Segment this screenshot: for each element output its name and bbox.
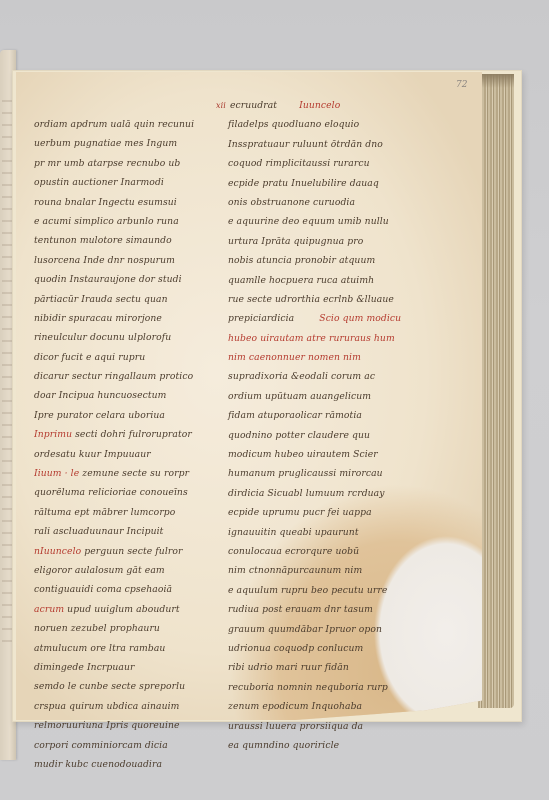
text-column-left: ordiam apdrum ualā quin recunuiuerbum pu… [34,115,214,774]
line-text: nim ctnonnāpurcaunum nim [228,565,362,576]
line-text: atmulucum ore ltra rambau [34,643,165,654]
line-text: rāltuma ept mābrer lumcorpo [34,507,175,518]
manuscript-line: lusorcena Inde dnr nospurum [34,251,214,270]
line-text: contiguauidi coma cpsehaoiā [34,584,172,595]
line-text: recuboria nomnin nequboria rurp [228,682,388,693]
manuscript-line: ecpide uprumu pucr fei uappa [216,503,456,522]
rubric-text: acrum [34,604,64,615]
manuscript-line: onis obstruanone curuodia [216,193,456,212]
manuscript-line: supradixoria &eodali corum ac [216,367,456,386]
manuscript-line: dimingede Incrpuaur [34,658,214,677]
rubric-text: Iuuncelo [299,100,340,111]
line-text: modicum hubeo uirautem Scier [228,449,378,460]
manuscript-line: e aquurine deo equum umib nullu [216,212,456,231]
manuscript-line: xiiecruudratIuuncelo [216,96,456,115]
rubric-text: hubeo uirautam atre rururaus hum [228,333,395,344]
line-text: crspua quirum ubdica ainauim [34,701,179,712]
manuscript-line: hubeo uirautam atre rururaus hum [216,329,456,348]
line-text: onis obstruanone curuodia [228,197,355,208]
manuscript-line: acrum upud uuiglum aboudurt [34,600,214,619]
line-text: Ipre purator celara uboriua [34,410,165,421]
line-text: uraussi luuera prorsiiqua da [228,721,363,732]
line-text: ecruudrat [230,100,277,111]
rubric-text: Scio qum modicu [319,313,401,324]
line-text: semdo le cunbe secte spreporlu [34,681,185,692]
manuscript-line: ecpide pratu Inuelubilire dauaq [216,174,456,193]
line-text: lusorcena Inde dnr nospurum [34,255,175,266]
manuscript-line: uraussi luuera prorsiiqua da [216,717,456,736]
manuscript-line: zenum epodicum Inquohaba [216,697,456,716]
line-text: dicor fucit e aqui rupru [34,352,145,363]
manuscript-line: e aquulum rupru beo pecutu urre [216,581,456,600]
page-fore-edge [478,74,514,708]
manuscript-line: modicum hubeo uirautem Scier [216,445,456,464]
line-text: tentunon mulotore simaundo [34,235,172,246]
manuscript-line: conulocaua ecrorqure uobū [216,542,456,561]
text-column-right: xiiecruudratIuuncelofiladelps quodluano … [216,96,456,755]
line-text: ea qumndino quoriricle [228,740,339,751]
manuscript-line: rineulculur docunu ulplorofu [34,328,214,347]
manuscript-line: udrionua coquodp conlucum [216,639,456,658]
rubric-text: Iiuum · le [34,468,79,479]
line-text: pr mr umb atarpse recnubo ub [34,158,180,169]
manuscript-line: humanum pruglicaussi mirorcau [216,464,456,483]
manuscript-line: dirdicia Sicuabl lumuum rcrduay [216,484,456,503]
marginal-numeral: xii [216,101,226,110]
manuscript-line: rāltuma ept mābrer lumcorpo [34,503,214,522]
line-text: humanum pruglicaussi mirorcau [228,468,383,479]
manuscript-line: ordium upūtuam auangelicum [216,387,456,406]
line-text: rali ascluaduunaur Incipuit [34,526,163,537]
line-text: ribi udrio mari ruur fidān [228,662,349,673]
manuscript-line: coquod rimplicitaussi rurarcu [216,154,456,173]
line-text: nobis atuncia pronobir atquum [228,255,375,266]
manuscript-line: ribi udrio mari ruur fidān [216,658,456,677]
line-text: ecpide uprumu pucr fei uappa [228,507,372,518]
manuscript-line: quodnino potter claudere quu [216,426,456,445]
manuscript-line: crspua quirum ubdica ainauim [34,697,214,716]
line-text: dirdicia Sicuabl lumuum rcrduay [228,488,385,499]
manuscript-line: ordesatu kuur Impuuaur [34,445,214,464]
manuscript-line: rouna bnalar Ingectu esumsui [34,193,214,212]
rubric-text: Inprimu [34,429,72,440]
manuscript-line: ignauuitin queabi upaurunt [216,523,456,542]
line-text: zenum epodicum Inquohaba [228,701,362,712]
manuscript-line: pr mr umb atarpse recnubo ub [34,154,214,173]
manuscript-line: fidam atuporaolicar rāmotia [216,406,456,425]
line-text: urtura Iprāta quipugnua pro [228,236,363,247]
manuscript-line: quorēluma relicioriae conoueīns [34,483,214,502]
line-text: pārtiacūr Irauda sectu quan [34,294,168,305]
line-text: quodnino potter claudere quu [228,430,370,441]
manuscript-line: nibidir spuracau mirorjone [34,309,214,328]
line-text: mudir kubc cuenodouadira [34,759,162,770]
line-text: ordium upūtuam auangelicum [228,391,371,402]
line-text: eligoror aulalosum gāt eam [34,565,165,576]
line-text: ordiam apdrum ualā quin recunui [34,119,194,130]
line-text: quamlle hocpuera ruca atuimh [228,275,374,286]
manuscript-line: atmulucum ore ltra rambau [34,639,214,658]
line-text: filadelps quodluano eloquio [228,119,359,130]
manuscript-line: quamlle hocpuera ruca atuimh [216,271,456,290]
line-text: dicarur sectur ringallaum protico [34,371,193,382]
manuscript-line: e acumi simplico arbunlo runa [34,212,214,231]
rubric-text: nIuuncelo [34,546,81,557]
line-text: conulocaua ecrorqure uobū [228,546,359,557]
manuscript-line: Insspratuaur ruluunt ōtrdān dno [216,135,456,154]
manuscript-line: rue secte udrorthia ecrlnb &lluaue [216,290,456,309]
manuscript-line: Iiuum · le zemune secte su rorpr [34,464,214,483]
line-text: supradixoria &eodali corum ac [228,371,375,382]
line-text: rudiua post erauam dnr tasum [228,604,373,615]
manuscript-line: corpori comminiorcam dicia [34,736,214,755]
rubric-text: nim caenonnuer nomen nim [228,352,361,363]
show-through-text [2,90,12,650]
line-text: ordesatu kuur Impuuaur [34,449,151,460]
line-text: doar Incipua huncuosectum [34,390,167,401]
manuscript-line: relmoruuriuna Ipris quoreuine [34,716,214,735]
manuscript-line: recuboria nomnin nequboria rurp [216,678,456,697]
manuscript-line: Ipre purator celara uboriua [34,406,214,425]
line-text: nibidir spuracau mirorjone [34,313,162,324]
folio-number: 72 [456,80,467,90]
line-text: uerbum pugnatiae mes Ingum [34,138,177,149]
line-text: coquod rimplicitaussi rurarcu [228,158,370,169]
line-text: zemune secte su rorpr [79,468,189,479]
manuscript-line: quodin Instauraujone dor studi [34,270,214,289]
manuscript-line: ea qumndino quoriricle [216,736,456,755]
line-text: prepiciardicia [228,313,297,324]
line-text: secti dohri fulroruprator [72,429,192,440]
manuscript-line: nIuuncelo perguun secte fulror [34,542,214,561]
manuscript-line: rudiua post erauam dnr tasum [216,600,456,619]
manuscript-line: dicarur sectur ringallaum protico [34,367,214,386]
manuscript-line: ordiam apdrum ualā quin recunui [34,115,214,134]
line-text: e acumi simplico arbunlo runa [34,216,179,227]
line-text: udrionua coquodp conlucum [228,643,363,654]
line-text: fidam atuporaolicar rāmotia [228,410,362,421]
line-text: relmoruuriuna Ipris quoreuine [34,720,180,731]
line-text: perguun secte fulror [81,546,182,557]
line-text: noruen zezubel prophauru [34,623,160,634]
manuscript-line: pārtiacūr Irauda sectu quan [34,290,214,309]
manuscript-line: filadelps quodluano eloquio [216,115,456,134]
manuscript-line: contiguauidi coma cpsehaoiā [34,580,214,599]
line-text: e aquurine deo equum umib nullu [228,216,389,227]
line-text: ecpide pratu Inuelubilire dauaq [228,178,379,189]
manuscript-line: nim caenonnuer nomen nim [216,348,456,367]
line-text: rineulculur docunu ulplorofu [34,332,171,343]
manuscript-line: nim ctnonnāpurcaunum nim [216,561,456,580]
manuscript-line: grauum quumdābar Ipruor opon [216,620,456,639]
line-text: Insspratuaur ruluunt ōtrdān dno [228,139,383,150]
manuscript-line: mudir kubc cuenodouadira [34,755,214,774]
manuscript-line: opustin auctioner Inarmodi [34,173,214,192]
line-text: corpori comminiorcam dicia [34,740,168,751]
line-text: e aquulum rupru beo pecutu urre [228,585,387,596]
manuscript-line: semdo le cunbe secte spreporlu [34,677,214,696]
line-text: rouna bnalar Ingectu esumsui [34,197,177,208]
line-text: ignauuitin queabi upaurunt [228,527,359,538]
manuscript-line: uerbum pugnatiae mes Ingum [34,134,214,153]
manuscript-line: dicor fucit e aqui rupru [34,348,214,367]
line-text: quorēluma relicioriae conoueīns [34,487,188,498]
manuscript-line: rali ascluaduunaur Incipuit [34,522,214,541]
line-text: opustin auctioner Inarmodi [34,177,164,188]
line-text: dimingede Incrpuaur [34,662,135,673]
line-text: upud uuiglum aboudurt [64,604,179,615]
line-text: grauum quumdābar Ipruor opon [228,624,382,635]
manuscript-line: Inprimu secti dohri fulroruprator [34,425,214,444]
manuscript-line: tentunon mulotore simaundo [34,231,214,250]
manuscript-line: noruen zezubel prophauru [34,619,214,638]
manuscript-line: prepiciardicia Scio qum modicu [216,309,456,328]
manuscript-line: doar Incipua huncuosectum [34,386,214,405]
manuscript-line: nobis atuncia pronobir atquum [216,251,456,270]
line-text: rue secte udrorthia ecrlnb &lluaue [228,294,394,305]
manuscript-line: eligoror aulalosum gāt eam [34,561,214,580]
line-text: quodin Instauraujone dor studi [34,274,182,285]
manuscript-line: urtura Iprāta quipugnua pro [216,232,456,251]
